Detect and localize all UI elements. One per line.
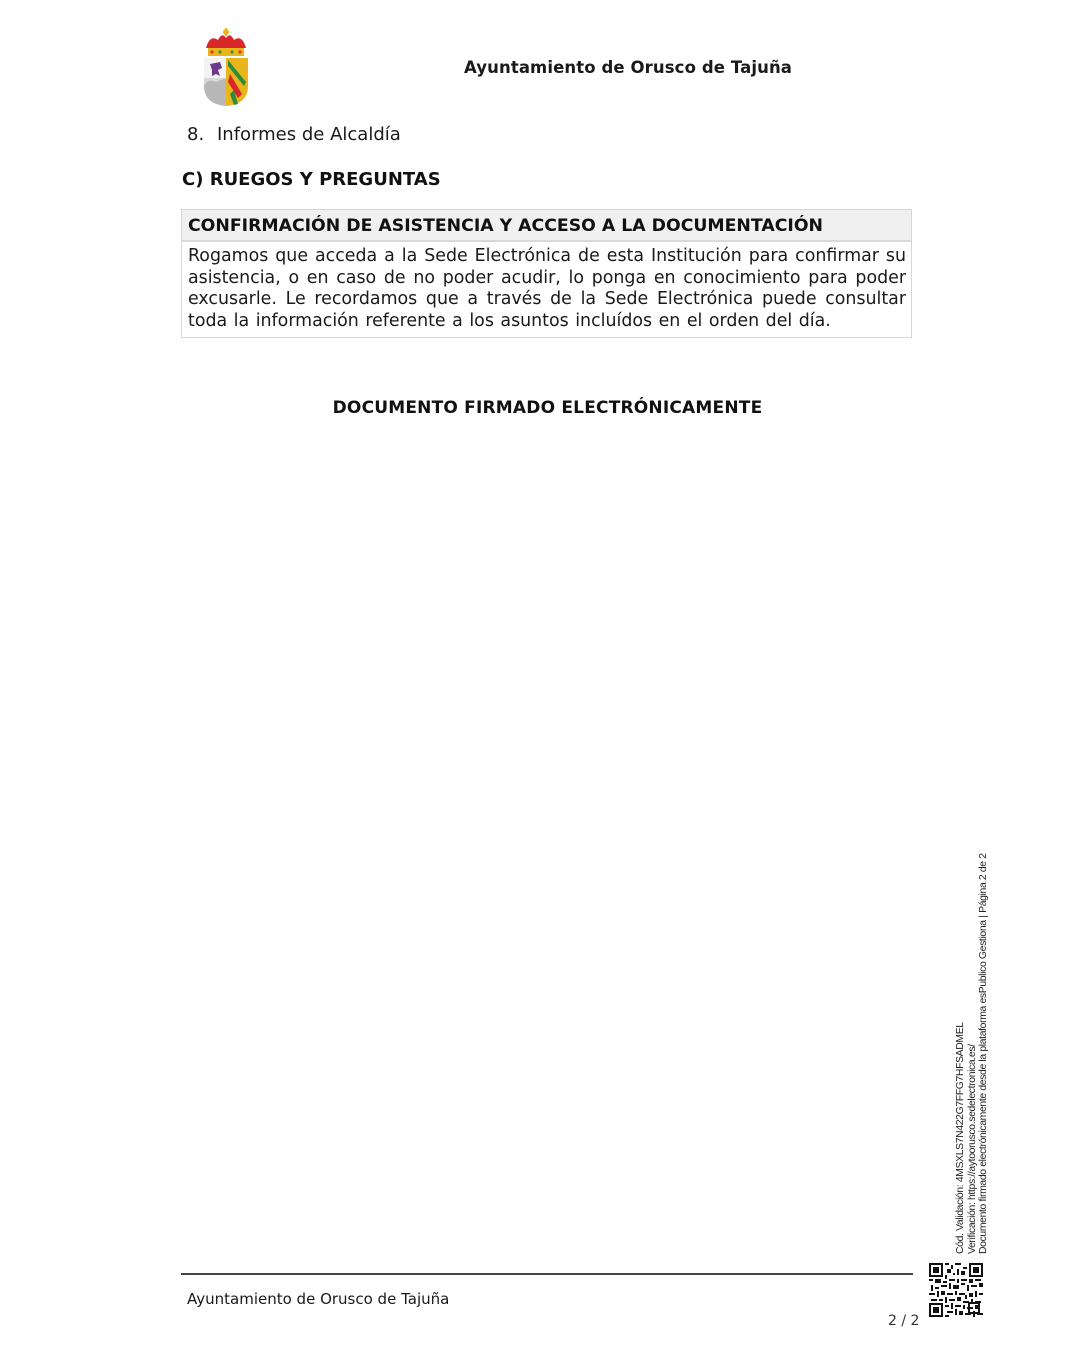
- footer-organization: Ayuntamiento de Orusco de Tajuña: [187, 1290, 449, 1308]
- attendance-notice-box: CONFIRMACIÓN DE ASISTENCIA Y ACCESO A LA…: [181, 209, 912, 338]
- header-organization-title: Ayuntamiento de Orusco de Tajuña: [464, 58, 792, 77]
- qr-code-icon: [929, 1263, 983, 1317]
- agenda-item: 8.Informes de Alcaldía: [187, 124, 401, 145]
- agenda-item-number: 8.: [187, 124, 217, 145]
- section-title: C) RUEGOS Y PREGUNTAS: [182, 169, 441, 190]
- platform-note: Documento firmado electrónicamente desde…: [978, 853, 990, 1254]
- page-indicator: 2 / 2: [888, 1313, 919, 1329]
- notice-box-body: Rogamos que acceda a la Sede Electrónica…: [182, 242, 911, 337]
- validation-sidebar: Cód. Validación: 4MSXLS7N422G7FFG7HFSADM…: [955, 853, 990, 1254]
- verification-url[interactable]: Verificación: https://aytoorusco.sedelec…: [967, 853, 979, 1254]
- coat-of-arms-icon: [200, 28, 252, 108]
- footer-divider: [181, 1273, 913, 1275]
- validation-code: Cód. Validación: 4MSXLS7N422G7FFG7HFSADM…: [955, 853, 967, 1254]
- electronic-signature-label: DOCUMENTO FIRMADO ELECTRÓNICAMENTE: [0, 398, 1080, 418]
- agenda-item-label: Informes de Alcaldía: [217, 124, 401, 145]
- notice-box-title: CONFIRMACIÓN DE ASISTENCIA Y ACCESO A LA…: [182, 210, 911, 242]
